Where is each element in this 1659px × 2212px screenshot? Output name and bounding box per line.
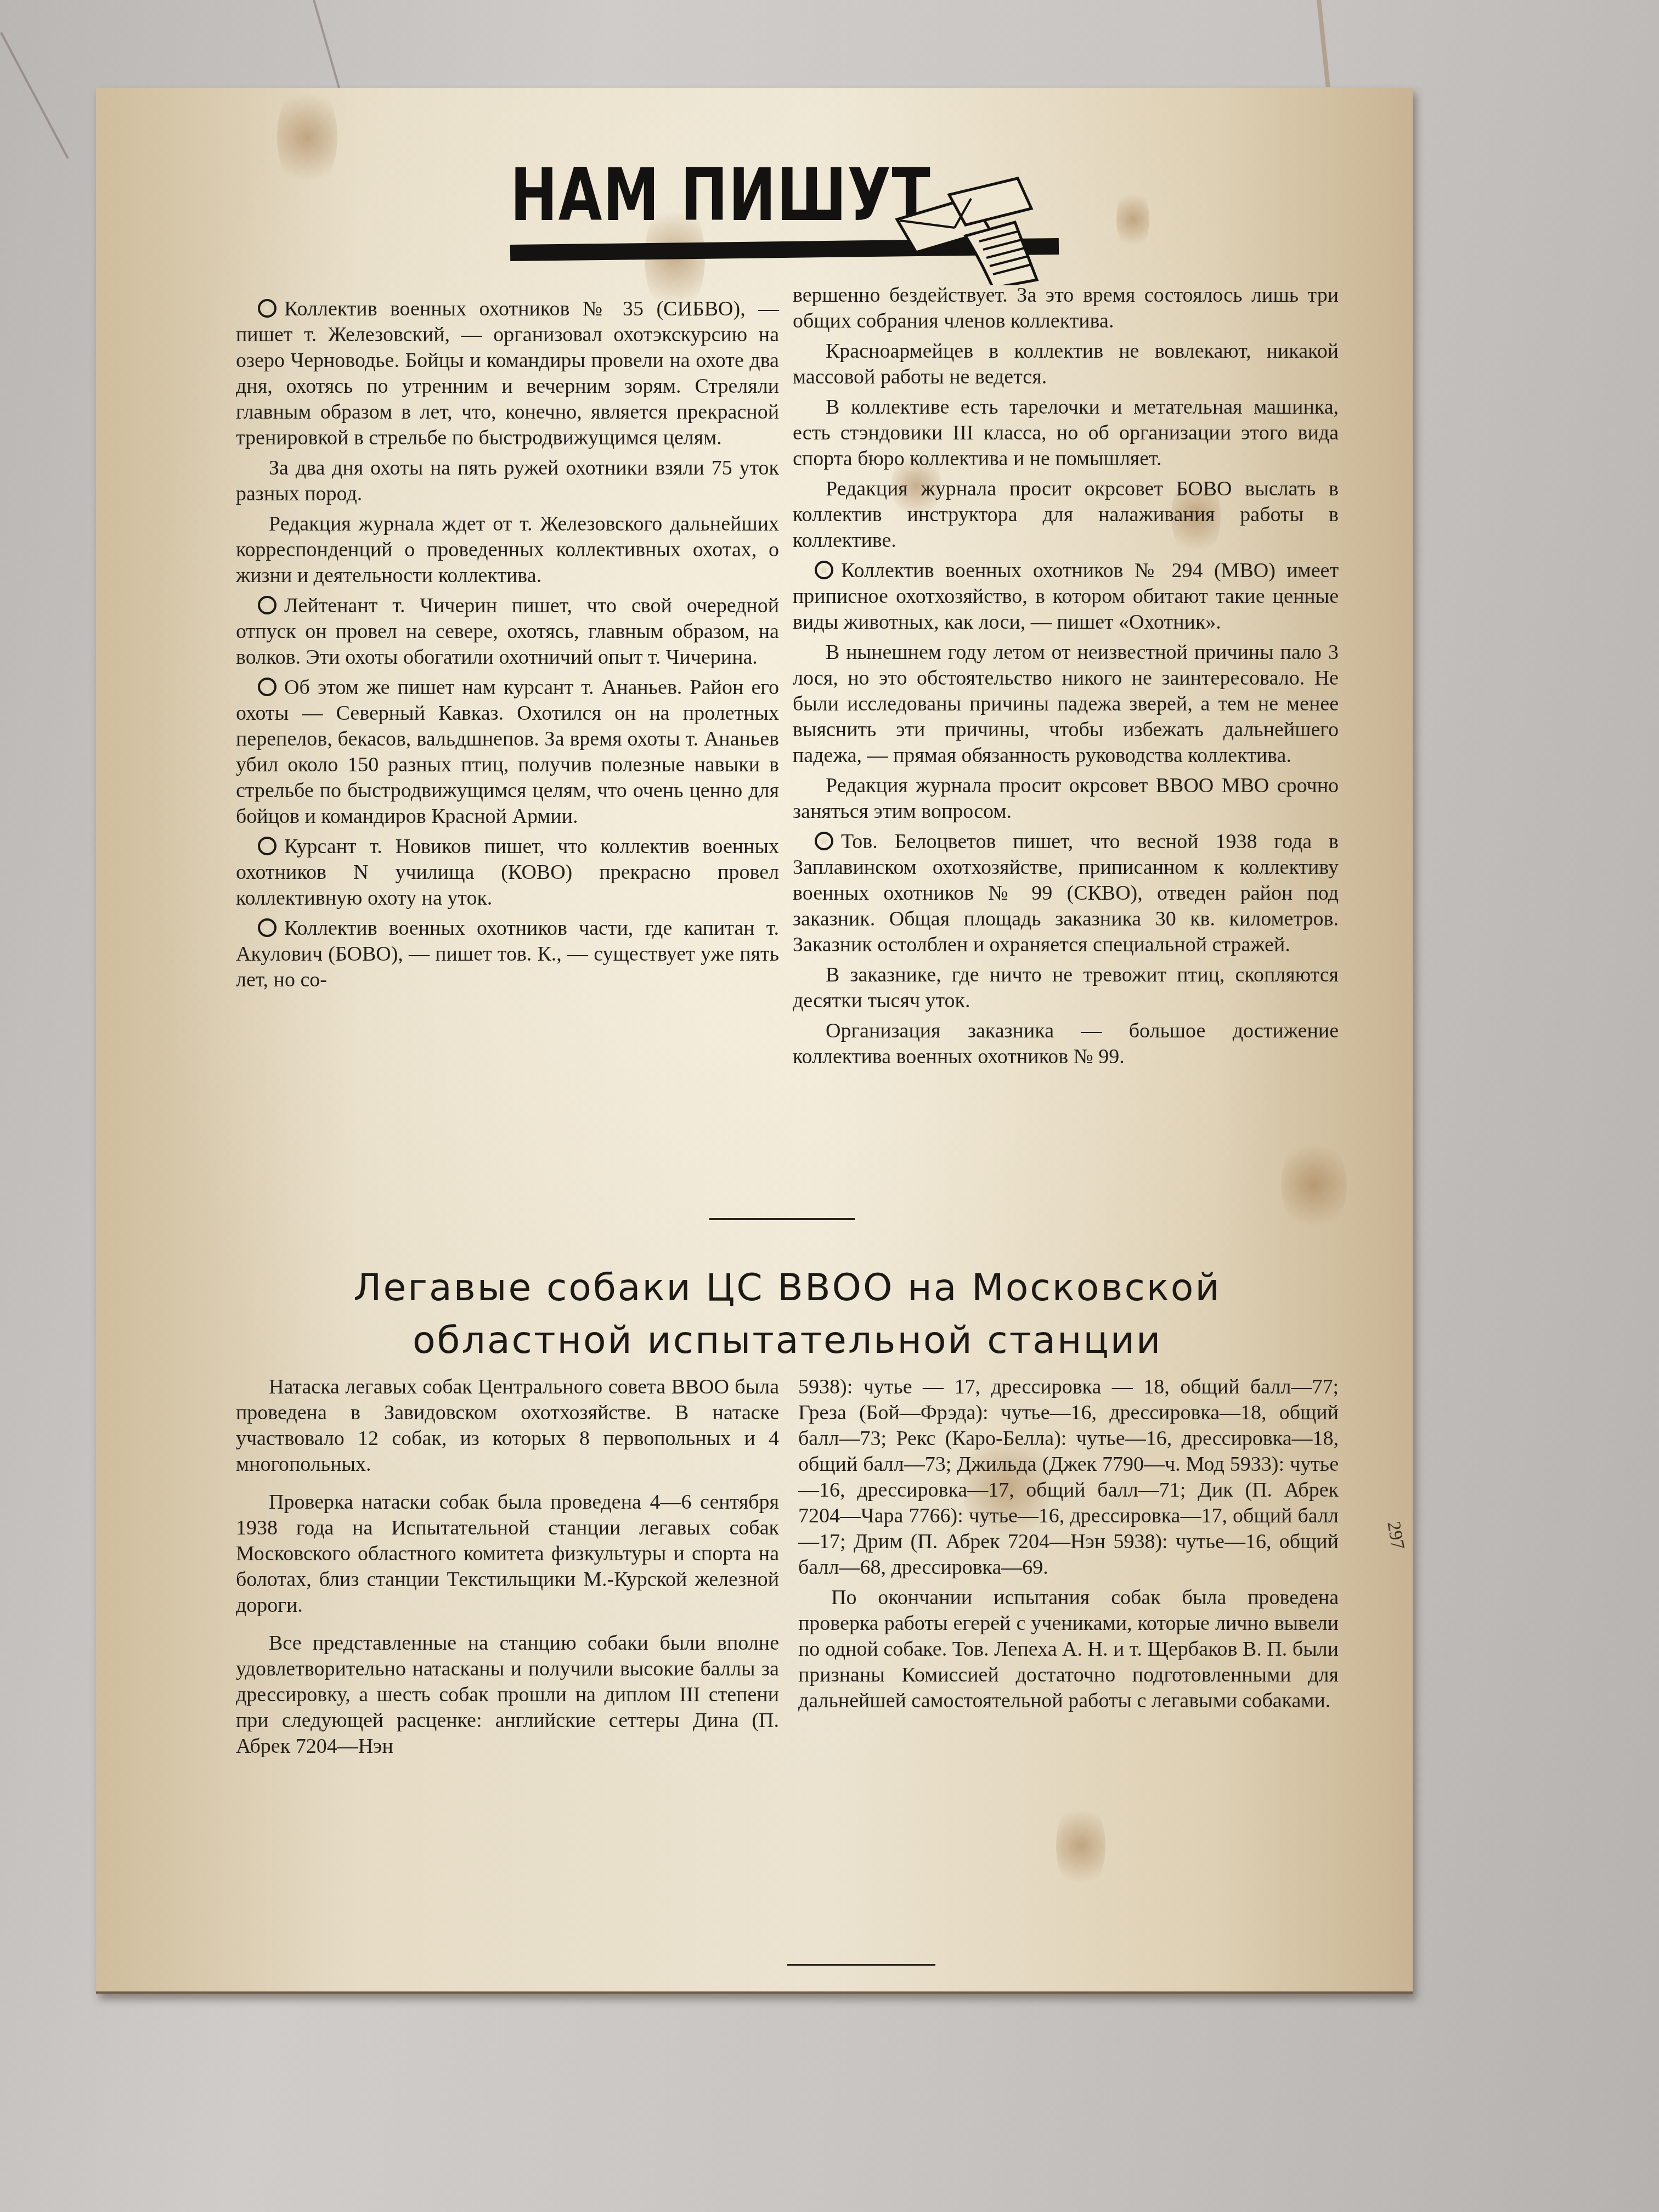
paragraph-text: Об этом же пишет нам курсант т. Ананьев.… bbox=[236, 676, 779, 828]
paragraph-text: В нынешнем году летом от неизвестной при… bbox=[793, 641, 1339, 767]
paragraph: Все представленные на станцию собаки был… bbox=[236, 1630, 779, 1759]
paragraph-text: Коллектив военных охотников № 294 (МВО) … bbox=[793, 559, 1339, 634]
background-crack bbox=[1317, 0, 1330, 87]
end-divider bbox=[787, 1964, 935, 1966]
paragraph-text: Все представленные на станцию собаки был… bbox=[236, 1632, 779, 1758]
paragraph-text: Коллектив военных охотников части, где к… bbox=[236, 917, 779, 991]
paper-stain bbox=[1056, 1799, 1105, 1893]
paragraph-text: Редакция журнала просит окрсовет БОВО вы… bbox=[793, 477, 1339, 552]
paragraph-text: Красноармейцев в коллектив не вовлекают,… bbox=[793, 340, 1339, 388]
paragraph: Красноармейцев в коллектив не вовлекают,… bbox=[793, 338, 1339, 390]
paragraph: Тов. Белоцветов пишет, что весной 1938 г… bbox=[793, 829, 1339, 958]
letters-column-left: Коллектив военных охотников № 35 (СИБВО)… bbox=[236, 296, 779, 997]
paragraph-text: вершенно бездействует. За это время сост… bbox=[793, 284, 1339, 332]
paragraph-text: Организация заказника — большое достижен… bbox=[793, 1019, 1339, 1068]
star-bullet-icon bbox=[258, 596, 276, 614]
paragraph-text: Лейтенант т. Чичерин пишет, что свой оче… bbox=[236, 594, 779, 669]
paragraph-text: Курсант т. Новиков пишет, что коллектив … bbox=[236, 835, 779, 910]
star-bullet-icon bbox=[815, 832, 833, 850]
magazine-page: НАМ ПИШУТ Коллектив военных охотников № … bbox=[96, 88, 1413, 1994]
paragraph-text: В заказнике, где ничто не тревожит птиц,… bbox=[793, 963, 1339, 1012]
paragraph: Проверка натаски собак была проведена 4—… bbox=[236, 1489, 779, 1618]
paragraph: Коллектив военных охотников № 294 (МВО) … bbox=[793, 558, 1339, 635]
letters-column-right: вершенно бездействует. За это время сост… bbox=[793, 283, 1339, 1074]
paragraph-text: В коллективе есть тарелочки и метательна… bbox=[793, 396, 1339, 470]
article-title-line-2: областной испытательной станции bbox=[236, 1314, 1339, 1367]
paragraph: Об этом же пишет нам курсант т. Ананьев.… bbox=[236, 675, 779, 830]
section-title: НАМ ПИШУТ bbox=[510, 159, 931, 232]
star-bullet-icon bbox=[258, 299, 276, 318]
paragraph-text: Коллектив военных охотников № 35 (СИБВО)… bbox=[236, 297, 779, 449]
paragraph: 5938): чутье — 17, дрессировка — 18, общ… bbox=[798, 1374, 1339, 1581]
paragraph: За два дня охоты на пять ружей охотники … bbox=[236, 455, 779, 507]
paragraph-text: Натаска легавых собак Центрального совет… bbox=[236, 1375, 779, 1476]
paragraph-text: По окончании испытания собак была провед… bbox=[798, 1586, 1339, 1712]
paper-stain bbox=[1281, 1136, 1347, 1234]
article-column-right: 5938): чутье — 17, дрессировка — 18, общ… bbox=[798, 1374, 1339, 1718]
background-crack bbox=[0, 32, 69, 159]
article-title-line-1: Легавые собаки ЦС ВВОО на Московской bbox=[236, 1262, 1339, 1314]
paragraph: В коллективе есть тарелочки и метательна… bbox=[793, 394, 1339, 472]
paragraph: Курсант т. Новиков пишет, что коллектив … bbox=[236, 834, 779, 911]
section-divider bbox=[709, 1218, 855, 1220]
paragraph: вершенно бездействует. За это время сост… bbox=[793, 283, 1339, 334]
paragraph-text: Тов. Белоцветов пишет, что весной 1938 г… bbox=[793, 830, 1339, 956]
paragraph: По окончании испытания собак была провед… bbox=[798, 1585, 1339, 1714]
paragraph-text: Редакция журнала ждет от т. Железовского… bbox=[236, 512, 779, 587]
paragraph: В заказнике, где ничто не тревожит птиц,… bbox=[793, 962, 1339, 1014]
article-column-left: Натаска легавых собак Центрального совет… bbox=[236, 1374, 779, 1771]
paragraph: Организация заказника — большое достижен… bbox=[793, 1018, 1339, 1070]
paragraph-text: 5938): чутье — 17, дрессировка — 18, общ… bbox=[798, 1375, 1339, 1579]
paragraph: Натаска легавых собак Центрального совет… bbox=[236, 1374, 779, 1477]
paragraph-text: Редакция журнала просит окрсовет ВВОО МВ… bbox=[793, 774, 1339, 823]
paragraph: Редакция журнала просит окрсовет ВВОО МВ… bbox=[793, 773, 1339, 825]
star-bullet-icon bbox=[258, 918, 276, 937]
star-bullet-icon bbox=[258, 678, 276, 696]
star-bullet-icon bbox=[815, 561, 833, 579]
paragraph: Редакция журнала просит окрсовет БОВО вы… bbox=[793, 476, 1339, 554]
paragraph: Редакция журнала ждет от т. Железовского… bbox=[236, 511, 779, 589]
star-bullet-icon bbox=[258, 837, 276, 855]
article-title: Легавые собаки ЦС ВВОО на Московской обл… bbox=[236, 1262, 1339, 1367]
paper-stain bbox=[277, 82, 337, 192]
paragraph-text: Проверка натаски собак была проведена 4—… bbox=[236, 1491, 779, 1617]
paragraph: Лейтенант т. Чичерин пишет, что свой оче… bbox=[236, 593, 779, 670]
paragraph: Коллектив военных охотников части, где к… bbox=[236, 916, 779, 993]
letters-icon bbox=[889, 170, 1048, 285]
section-header: НАМ ПИШУТ bbox=[510, 159, 1201, 269]
paragraph: В нынешнем году летом от неизвестной при… bbox=[793, 640, 1339, 769]
paragraph: Коллектив военных охотников № 35 (СИБВО)… bbox=[236, 296, 779, 451]
paragraph-text: За два дня охоты на пять ружей охотники … bbox=[236, 456, 779, 505]
